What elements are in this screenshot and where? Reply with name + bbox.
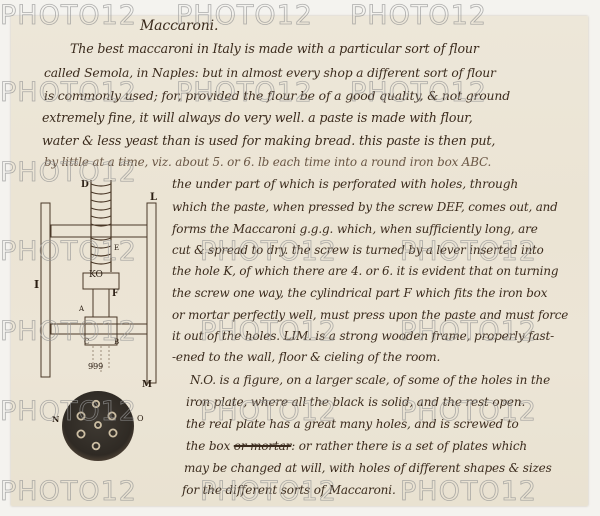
label-D: D [81,180,89,190]
label-N: N [52,414,59,424]
text-line: the hole K, of which there are 4. or 6. … [172,264,558,278]
label-B: B [114,338,119,346]
maccaroni-press-diagram [25,180,175,410]
label-g-strands: 999 [88,362,103,371]
text-line: for the different sorts of Maccaroni. [182,483,396,497]
frame-post-right [147,203,156,383]
text-line: which the paste, when pressed by the scr… [172,200,558,214]
text-line: iron plate, where all the black is solid… [186,395,525,409]
text-line: the under part of which is perforated wi… [172,177,518,191]
text-line: by little at a time, viz. about 5. or 6.… [44,155,491,169]
label-K: KO [89,270,103,280]
label-O: O [137,414,144,423]
document-title: Maccaroni. [140,18,218,34]
label-L: L [150,192,157,203]
text-line: the real plate has a great many holes, a… [186,417,519,431]
iron-box [85,317,117,345]
text-line: water & less yeast than is used for maki… [42,133,495,148]
text-fragment: : or rather there is a set of plates whi… [291,439,527,453]
text-line: is commonly used; for, provided the flou… [44,88,510,103]
text-line: may be changed at will, with holes of di… [184,461,552,475]
struck-out-text: or mortar [234,439,291,453]
text-line-with-strikethrough: the box or mortar: or rather there is a … [186,439,527,453]
text-line: cut & spread to dry. the screw is turned… [172,243,544,257]
text-line: or mortar perfectly well, must press upo… [172,308,568,322]
text-line: extremely fine, it will always do very w… [42,110,473,125]
label-I: I [34,278,39,291]
frame-post-left [41,203,50,377]
perforated-plate-figure [58,386,138,466]
label-A: A [79,305,84,313]
text-line: N.O. is a figure, on a larger scale, of … [190,373,550,387]
label-E: E [114,244,119,252]
text-line: it out of the holes. LIM. is a strong wo… [172,329,554,343]
text-line: -ened to the wall, floor & cieling of th… [172,350,440,364]
label-M: M [142,380,152,390]
text-line: forms the Maccaroni g.g.g. which, when s… [172,222,538,236]
screw-threads [91,180,111,272]
text-fragment: the box [186,439,234,453]
text-line: The best maccaroni in Italy is made with… [70,41,479,56]
text-line: the screw one way, the cylindrical part … [172,286,547,300]
frame-crossbar-top [51,225,147,237]
label-C: C [84,338,89,346]
text-line: called Semola, in Naples: but in almost … [44,66,496,80]
cylinder-shaft [93,289,109,317]
frame-crossbar-bottom [51,324,147,334]
label-F: F [112,289,118,299]
